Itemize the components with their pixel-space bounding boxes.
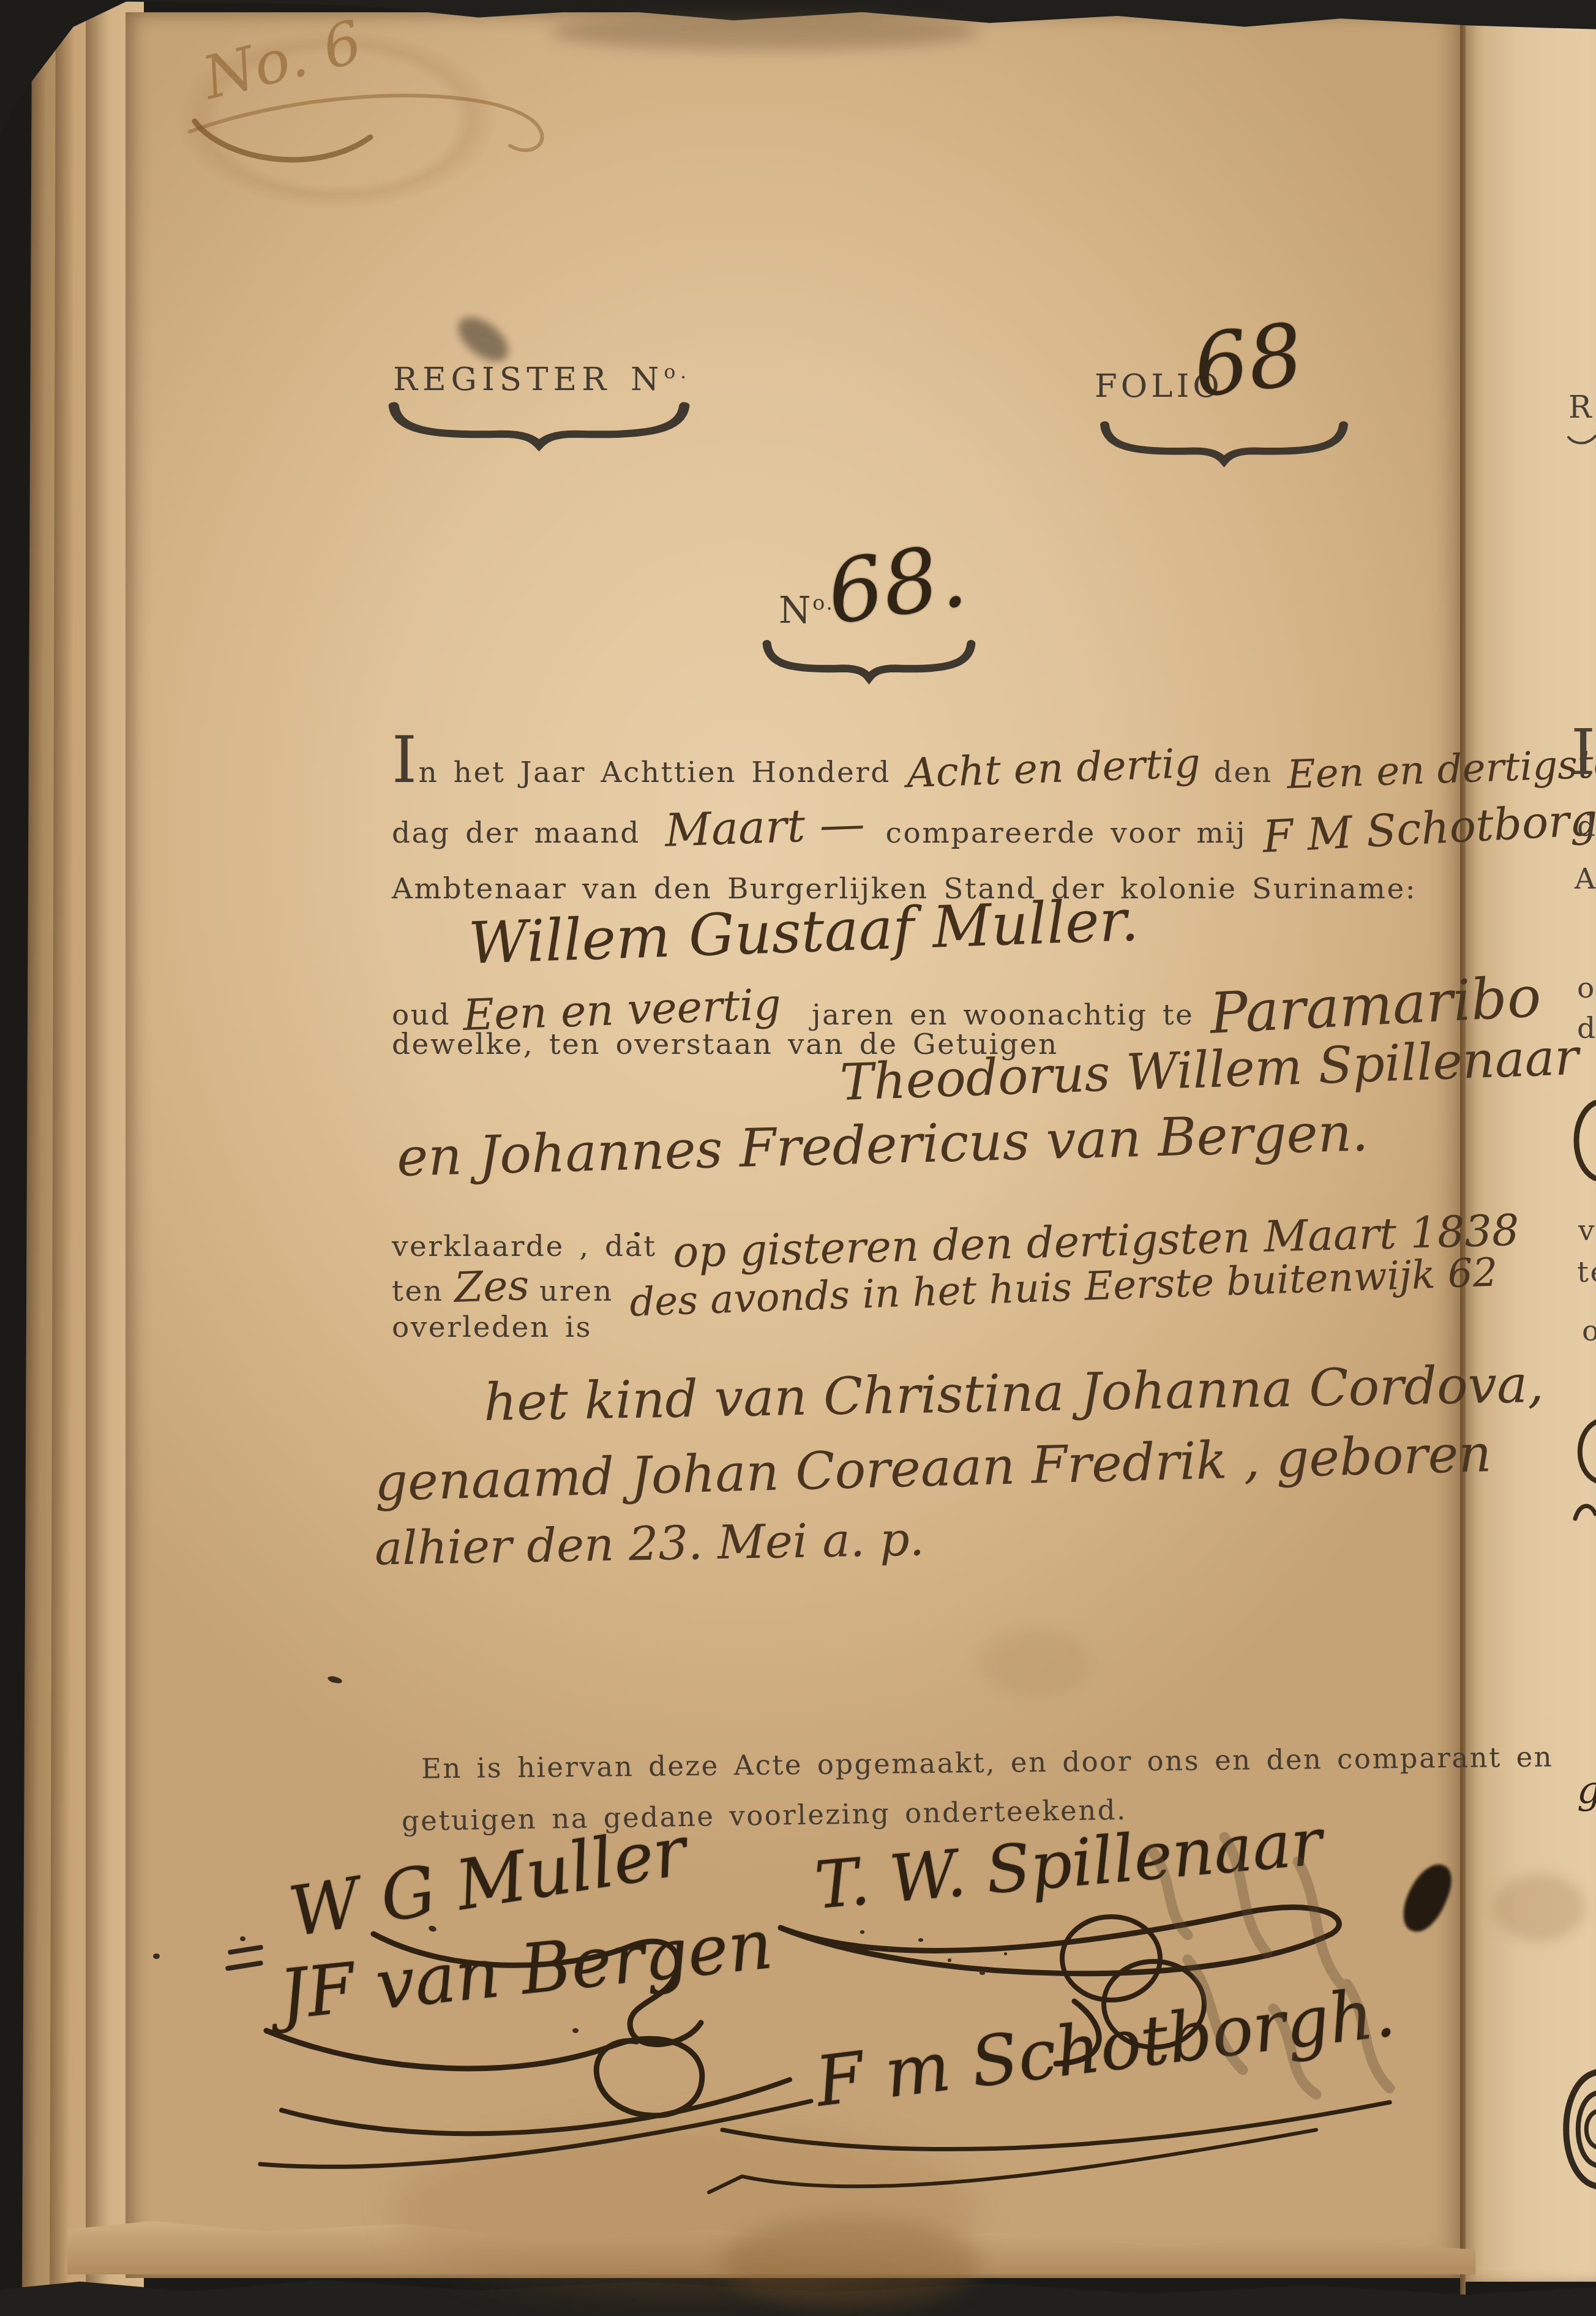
handwritten-registrar-name: F M Schotborgh xyxy=(1261,792,1596,863)
ink-spray xyxy=(918,1938,923,1942)
printed-text: n het Jaar Achttien Honderd xyxy=(419,756,891,789)
paper-stain xyxy=(980,1629,1090,1696)
register-brace-flourish xyxy=(384,399,694,447)
body-line-overleden: overleden is xyxy=(392,1310,592,1344)
ink-spot xyxy=(240,1936,245,1941)
handwritten-hour: Zes xyxy=(454,1261,530,1312)
printed-text: den xyxy=(1214,756,1273,789)
nextpage-handwriting-g-fragment: g xyxy=(1577,1767,1596,1812)
ink-spray xyxy=(860,1930,864,1934)
body-line-year: In het Jaar Achttien Honderd Acht en der… xyxy=(392,723,1596,797)
printed-text: compareerde voor mij xyxy=(886,816,1246,850)
register-label-sup: o. xyxy=(664,360,691,383)
margin-note-flourish xyxy=(184,73,612,190)
act-number-label-text: N xyxy=(779,589,812,632)
body-line-hour-place: ten Zes uren des avonds in het huis Eers… xyxy=(392,1263,1497,1311)
act-number-value: 68. xyxy=(822,525,973,644)
water-stain xyxy=(722,2217,980,2309)
nextpage-ten-fragment: te xyxy=(1577,1255,1596,1289)
printed-text: uren xyxy=(539,1274,613,1308)
printed-text: ten xyxy=(392,1274,443,1308)
printed-text: jaren en woonachtig te xyxy=(812,998,1194,1032)
handwritten-month: Maart — xyxy=(664,797,866,857)
nextpage-ambtenaar-fragment: A xyxy=(1575,862,1596,896)
ink-spot xyxy=(153,1953,160,1959)
handwritten-year: Acht en dertig xyxy=(906,740,1201,797)
nextpage-handwriting-curl2 xyxy=(1571,1419,1596,1483)
deceased-birth-line: alhier den 23. Mei a. p. xyxy=(374,1511,924,1576)
ink-spray xyxy=(1004,1952,1007,1955)
handwritten-day: Een en dertigsten xyxy=(1286,740,1596,798)
nextpage-register-fragment: RE xyxy=(1568,389,1596,425)
printed-text: oud xyxy=(392,998,451,1032)
nextpage-verklaarde-fragment: v xyxy=(1578,1214,1596,1247)
drop-cap-initial: I xyxy=(392,723,419,797)
register-label-text: REGISTER N xyxy=(393,361,664,398)
nextpage-initial-fragment: I xyxy=(1571,716,1596,789)
printed-text: dag der maand xyxy=(392,816,640,850)
folio-brace-flourish xyxy=(1097,419,1351,463)
signature-registrar-flourish xyxy=(704,2093,1414,2209)
nextpage-handwriting-squiggle xyxy=(1572,1492,1596,1528)
register-label: REGISTER No. xyxy=(393,360,691,398)
ink-transfer-smudge xyxy=(1114,1825,1457,2100)
nextpage-oud-fragment: ou xyxy=(1577,971,1596,1005)
act-number-label: No. xyxy=(779,589,834,632)
ink-spray xyxy=(888,1947,891,1950)
nextpage-concentric-flourish xyxy=(1542,2065,1596,2194)
nextpage-brace-fragment xyxy=(1567,432,1596,448)
nextpage-overleden-fragment: o xyxy=(1582,1314,1596,1348)
nextpage-dewelke-fragment: de xyxy=(1577,1012,1596,1045)
folio-number: 68 xyxy=(1188,305,1309,417)
nextpage-dag-fragment: da xyxy=(1577,810,1596,843)
ink-spray xyxy=(948,1958,951,1962)
nextpage-handwriting-curl xyxy=(1567,1100,1596,1182)
paper-stain xyxy=(1494,1874,1586,1941)
printed-text: verklaarde , dat xyxy=(392,1230,657,1263)
scanned-civil-registry-page: No. 6 REGISTER No. FOLIO 68 No. 68. In h… xyxy=(0,0,1596,2316)
edge-stain xyxy=(551,13,980,50)
act-number-brace-flourish xyxy=(760,638,978,680)
book-gutter-fold xyxy=(1460,0,1466,2316)
body-line-month: dag der maand Maart — compareerde voor m… xyxy=(392,801,1596,854)
ink-spray xyxy=(980,1971,985,1975)
